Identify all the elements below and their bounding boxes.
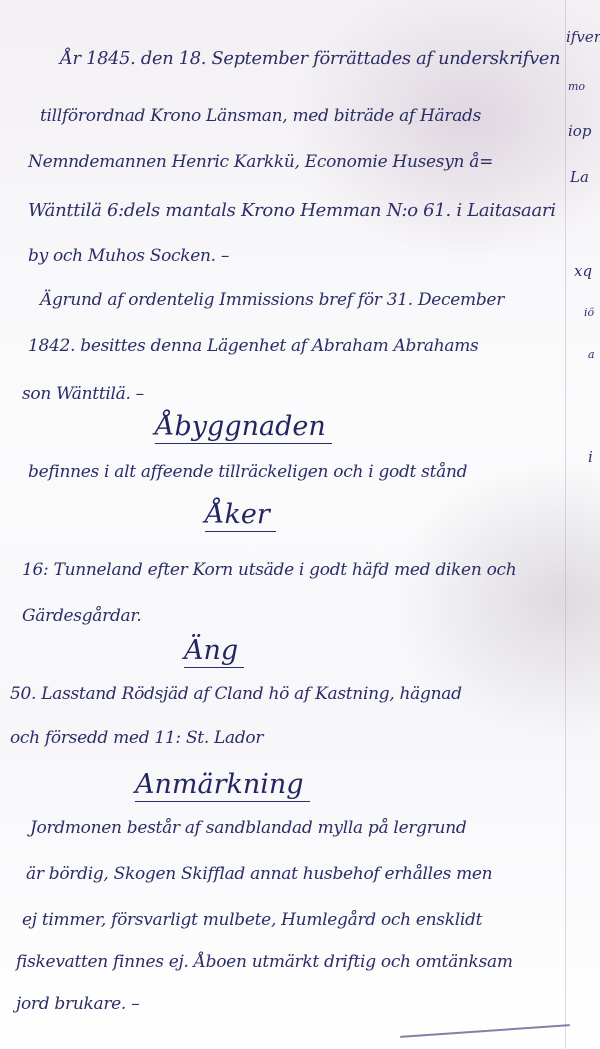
section-body-anmarkning-5: jord brukare. – bbox=[16, 994, 139, 1014]
manuscript-page: År 1845. den 18. September förrättades a… bbox=[0, 0, 600, 1049]
text-line-3: Nemndemannen Henric Karkkü, Economie Hus… bbox=[28, 152, 493, 172]
section-body-anmarkning-2: är bördig, Skogen Skifflad annat husbeho… bbox=[26, 864, 492, 884]
margin-fragment-3: iop bbox=[568, 122, 591, 140]
section-body-anmarkning-3: ej timmer, försvarligt mulbete, Humlegår… bbox=[22, 910, 482, 930]
margin-fragment-7: a bbox=[588, 348, 595, 361]
text-line-4: Wänttilä 6:dels mantals Krono Hemman N:o… bbox=[28, 200, 556, 221]
text-line-7: 1842. besittes denna Lägenhet af Abraham… bbox=[28, 336, 478, 356]
page-fold bbox=[565, 0, 566, 1049]
margin-fragment-2: mo bbox=[568, 80, 585, 93]
section-body-abyggnaden-1: befinnes i alt affeende tillräckeligen o… bbox=[28, 462, 467, 482]
margin-fragment-1: ifven bbox=[566, 28, 600, 46]
section-heading-aker: Åker bbox=[205, 500, 276, 532]
section-body-ang-2: och försedd med 11: St. Lador bbox=[10, 728, 263, 748]
section-body-aker-2: Gärdesgårdar. bbox=[22, 606, 141, 626]
margin-fragment-6: iö bbox=[584, 306, 594, 319]
closing-flourish bbox=[400, 1024, 570, 1038]
margin-fragment-8: i bbox=[588, 448, 593, 466]
text-line-8: son Wänttilä. – bbox=[22, 384, 144, 404]
section-body-ang-1: 50. Lasstand Rödsjäd af Cland hö af Kast… bbox=[10, 684, 462, 704]
text-line-6: Ägrund af ordentelig Immissions bref för… bbox=[40, 290, 504, 310]
margin-fragment-4: La bbox=[570, 168, 589, 186]
text-line-2: tillförordnad Krono Länsman, med biträde… bbox=[40, 106, 481, 126]
section-body-aker-1: 16: Tunneland efter Korn utsäde i godt h… bbox=[22, 560, 516, 580]
section-heading-abyggnaden: Åbyggnaden bbox=[155, 412, 332, 444]
margin-fragment-5: xq bbox=[574, 262, 592, 280]
section-heading-ang: Äng bbox=[184, 636, 244, 668]
section-heading-anmarkning: Anmärkning bbox=[135, 770, 310, 802]
text-line-5: by och Muhos Socken. – bbox=[28, 246, 229, 266]
section-body-anmarkning-4: fiskevatten finnes ej. Åboen utmärkt dri… bbox=[16, 952, 513, 972]
section-body-anmarkning-1: Jordmonen består af sandblandad mylla på… bbox=[30, 818, 466, 838]
text-line-1: År 1845. den 18. September förrättades a… bbox=[60, 48, 560, 69]
